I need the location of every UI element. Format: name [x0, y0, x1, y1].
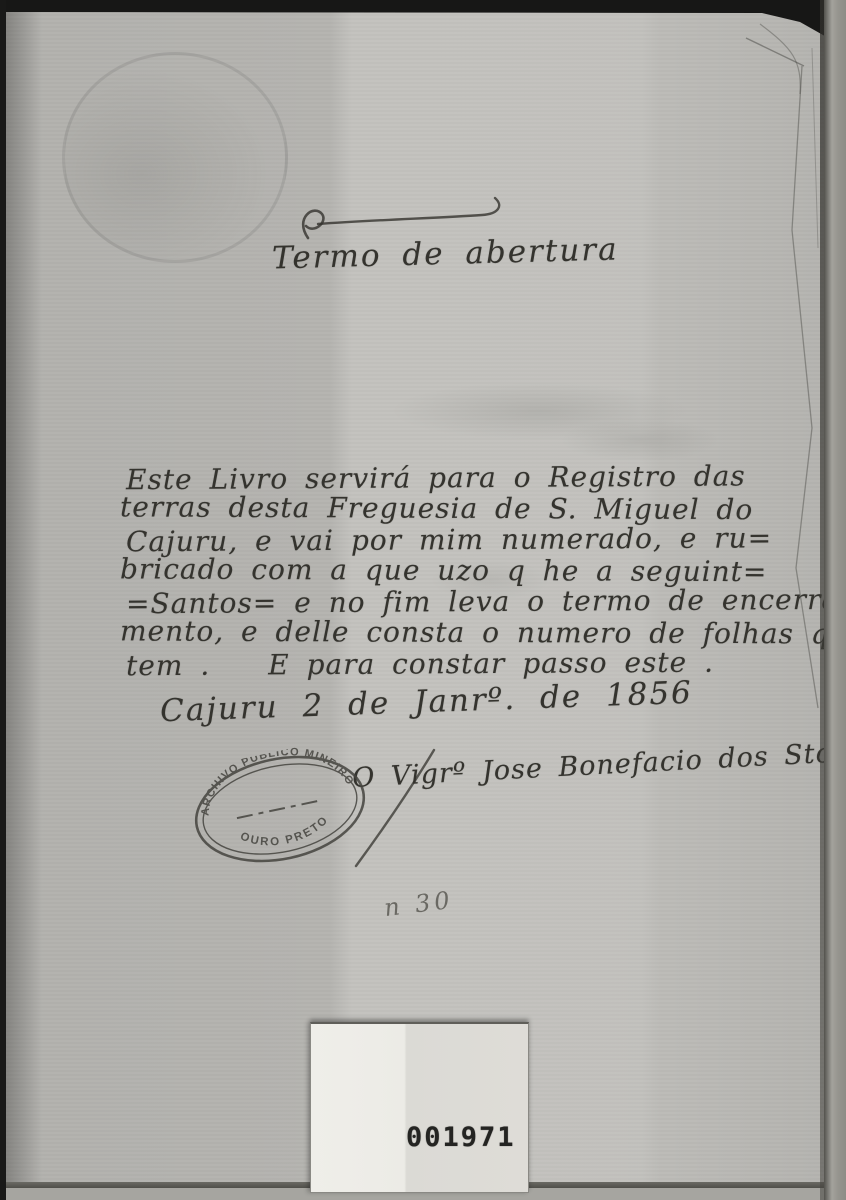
archive-number-card: 001971: [310, 1022, 529, 1193]
scan-left-border: [0, 0, 6, 1200]
scanned-manuscript-page: Termo de abertura Este Livro servirá par…: [0, 0, 846, 1200]
archive-card-number: 001971: [406, 1122, 516, 1153]
scan-top-border: [0, 0, 846, 60]
book-page-stack-edge: [824, 0, 846, 1200]
binding-shadow: [6, 0, 42, 1200]
faint-round-stamp: [62, 52, 288, 263]
ink-smudge: [560, 418, 720, 462]
